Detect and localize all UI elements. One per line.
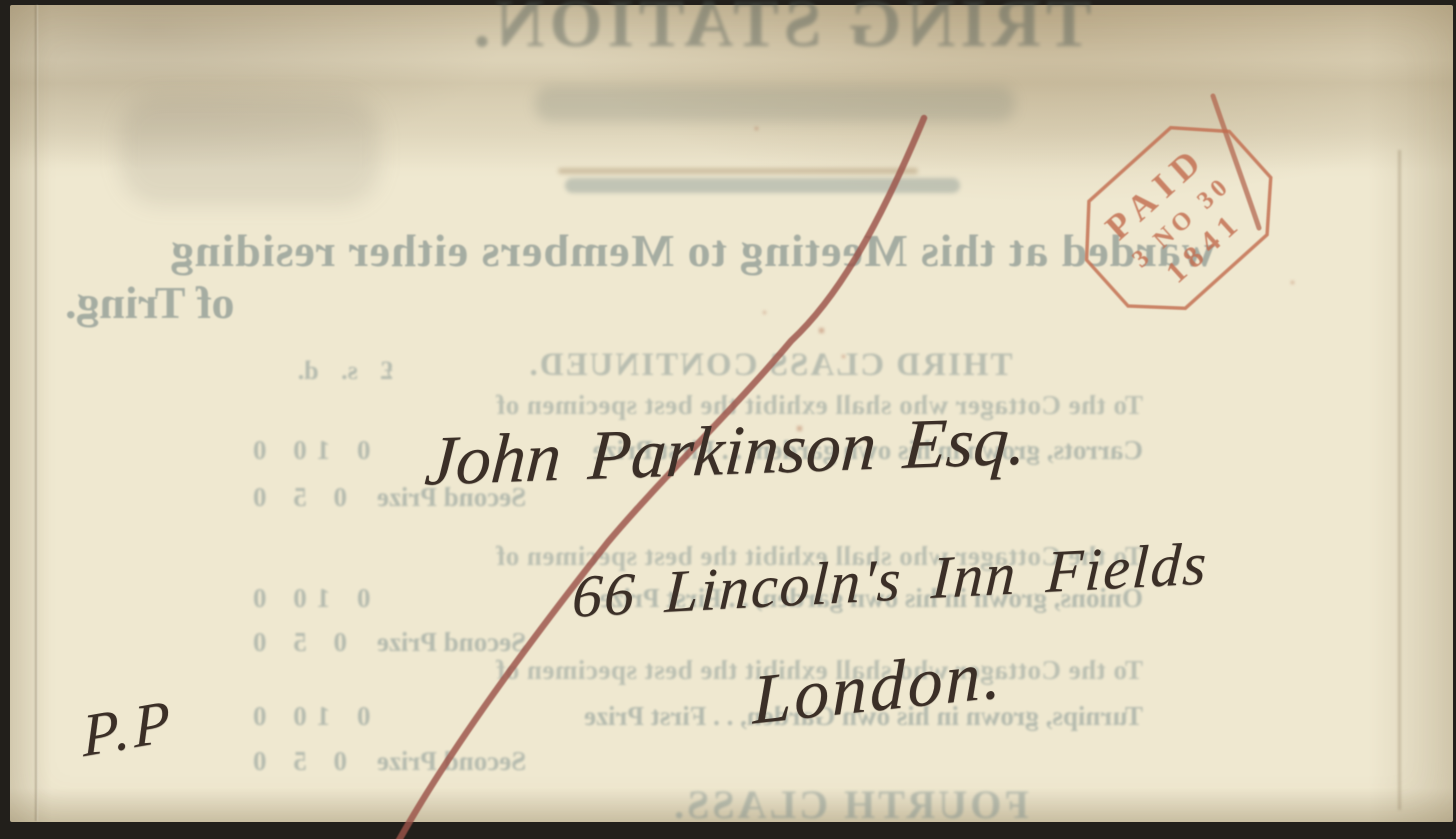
prize-amount: 0 10 0 [243,435,371,466]
showthrough-entry-intro: To the Cottager who shall exhibit the be… [243,655,1143,686]
showthrough-prize-row: Turnips, grown in his own Garden, . . Fi… [243,701,1143,732]
rule-show-through-grey [565,178,960,193]
prize-amount: 0 10 0 [243,701,371,732]
left-fold-crease [34,5,38,821]
right-fold-crease [1398,150,1401,810]
second-prize-amount: 0 5 0 [243,627,347,658]
showthrough-masthead: TRING STATION. [400,0,1160,63]
showthrough-currency-header: £ s. d. [243,356,448,386]
letter-scan: TRING STATION. warded at this Meeting to… [0,0,1456,839]
showthrough-second-prize-row: Second Prize 0 5 0 [243,746,1143,777]
rule-show-through-tan [558,168,918,174]
foxing-spots [0,0,1,1]
showthrough-heading-line2: of Tring. [65,276,1320,329]
showthrough-section-heading: THIRD CLASS CONTINUED. [490,347,1050,384]
second-prize-amount: 0 5 0 [243,482,347,513]
second-prize-text: Second Prize [377,627,526,658]
show-through-smudge [535,86,1015,122]
second-prize-text: Second Prize [377,746,526,777]
paper-smudge [120,95,380,205]
showthrough-footer-heading: FOURTH CLASS. [575,781,1125,828]
showthrough-second-prize-row: Second Prize 0 5 0 [243,627,1143,658]
prize-amount: 0 10 0 [243,583,371,614]
second-prize-amount: 0 5 0 [243,746,347,777]
showthrough-heading-line1: warded at this Meeting to Members either… [65,224,1320,277]
